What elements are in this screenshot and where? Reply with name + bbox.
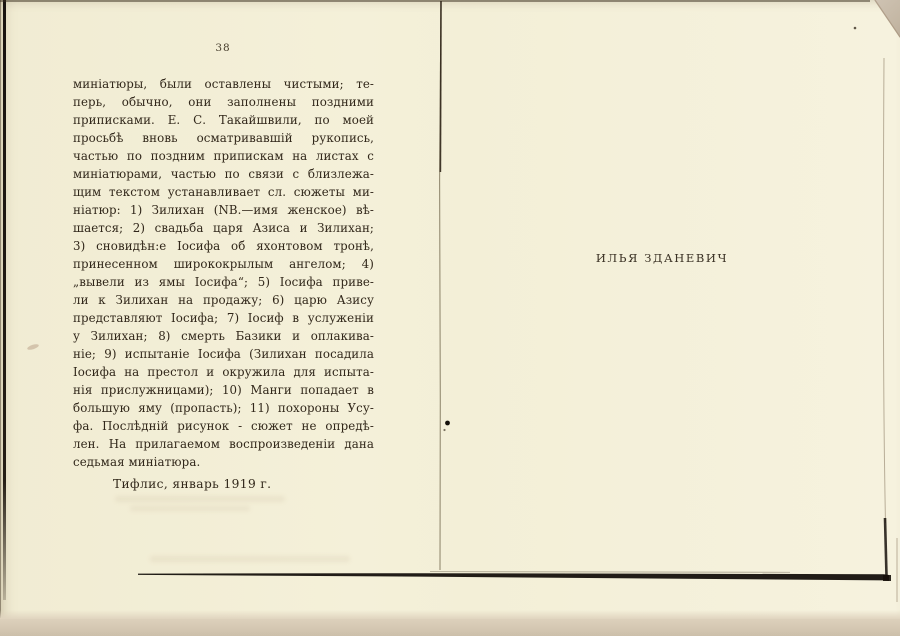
book-spread-scan: 38 миніатюры, были оставлены чистыми; те…: [0, 0, 900, 636]
text-line: просьбѣ вновь осматривавшій рукопись,: [73, 129, 374, 147]
text-line: седьмая миніатюра.: [73, 453, 374, 471]
text-line: у Зилихан; 8) смерть Базики и оплакива-: [73, 327, 374, 345]
bottom-shadow-fade: [0, 610, 900, 619]
text-line: 3) сновидѣн:е Іосифа об яхонтовом тронѣ,: [73, 237, 374, 255]
ink-speck: [443, 429, 445, 431]
show-through-smudge: [130, 506, 250, 511]
text-line: нія прислужницами); 10) Манги попадает в: [73, 381, 374, 399]
text-line: Іосифа на престол и окружила для испыта-: [73, 363, 374, 381]
text-line: „вывели из ямы Іосифа“; 5) Іосифа приве-: [73, 273, 374, 291]
text-line: щим текстом устанавливает сл. сюжеты ми-: [73, 183, 374, 201]
body-text: миніатюры, были оставлены чистыми; те- п…: [73, 75, 374, 493]
text-line: ніе; 9) испытаніе Іосифа (Зилихан посади…: [73, 345, 374, 363]
text-line: большую яму (пропасть); 11) похороны Усу…: [73, 399, 374, 417]
right-page-edge-dark: [885, 518, 887, 576]
corner-fold: [874, 0, 900, 38]
bottom-scan-line: [138, 573, 889, 581]
show-through-smudge: [150, 556, 350, 562]
text-line: шается; 2) свадьба царя Азиса и Зилихан;: [73, 219, 374, 237]
text-line: частью по поздним припискам на листах с: [73, 147, 374, 165]
gutter-line: [440, 1, 441, 570]
text-line: ніатюр: 1) Зилихан (NB.—имя женское) вѣ-: [73, 201, 374, 219]
author-name: ИЛЬЯ ЗДАНЕВИЧ: [440, 251, 884, 265]
text-line: миніатюрами, частью по связи с близлежа-: [73, 165, 374, 183]
right-page-edge: [883, 58, 885, 523]
bottom-shadow: [0, 619, 900, 636]
corner-ink-blob: [883, 575, 891, 581]
top-edge-line: [0, 0, 870, 2]
text-line: фа. Послѣдній рисунок - сюжет не опредѣ-: [73, 417, 374, 435]
left-edge-line: [3, 0, 6, 600]
page-number: 38: [73, 42, 373, 54]
text-line: принесенном ширококрылым ангелом; 4): [73, 255, 374, 273]
gutter-line-dark-top: [440, 1, 441, 172]
left-outer-edge-line: [0, 0, 1, 618]
bottom-scan-line-faint: [430, 572, 790, 573]
text-line: представляют Іосифа; 7) Іосиф в услужені…: [73, 309, 374, 327]
ink-speck: [445, 421, 450, 426]
text-line: миніатюры, были оставлены чистыми; те-: [73, 75, 374, 93]
text-line: ли к Зилихан на продажу; 6) царю Азису: [73, 291, 374, 309]
paper-smudge: [27, 343, 40, 351]
dateline: Тифлис, январь 1919 г.: [73, 475, 374, 493]
text-line: приписками. Е. С. Такайшвили, по моей: [73, 111, 374, 129]
ink-speck: [854, 27, 857, 30]
text-line: перь, обычно, они заполнены поздними: [73, 93, 374, 111]
text-line: лен. На прилагаемом воспроизведеніи дана: [73, 435, 374, 453]
show-through-smudge: [115, 496, 285, 502]
